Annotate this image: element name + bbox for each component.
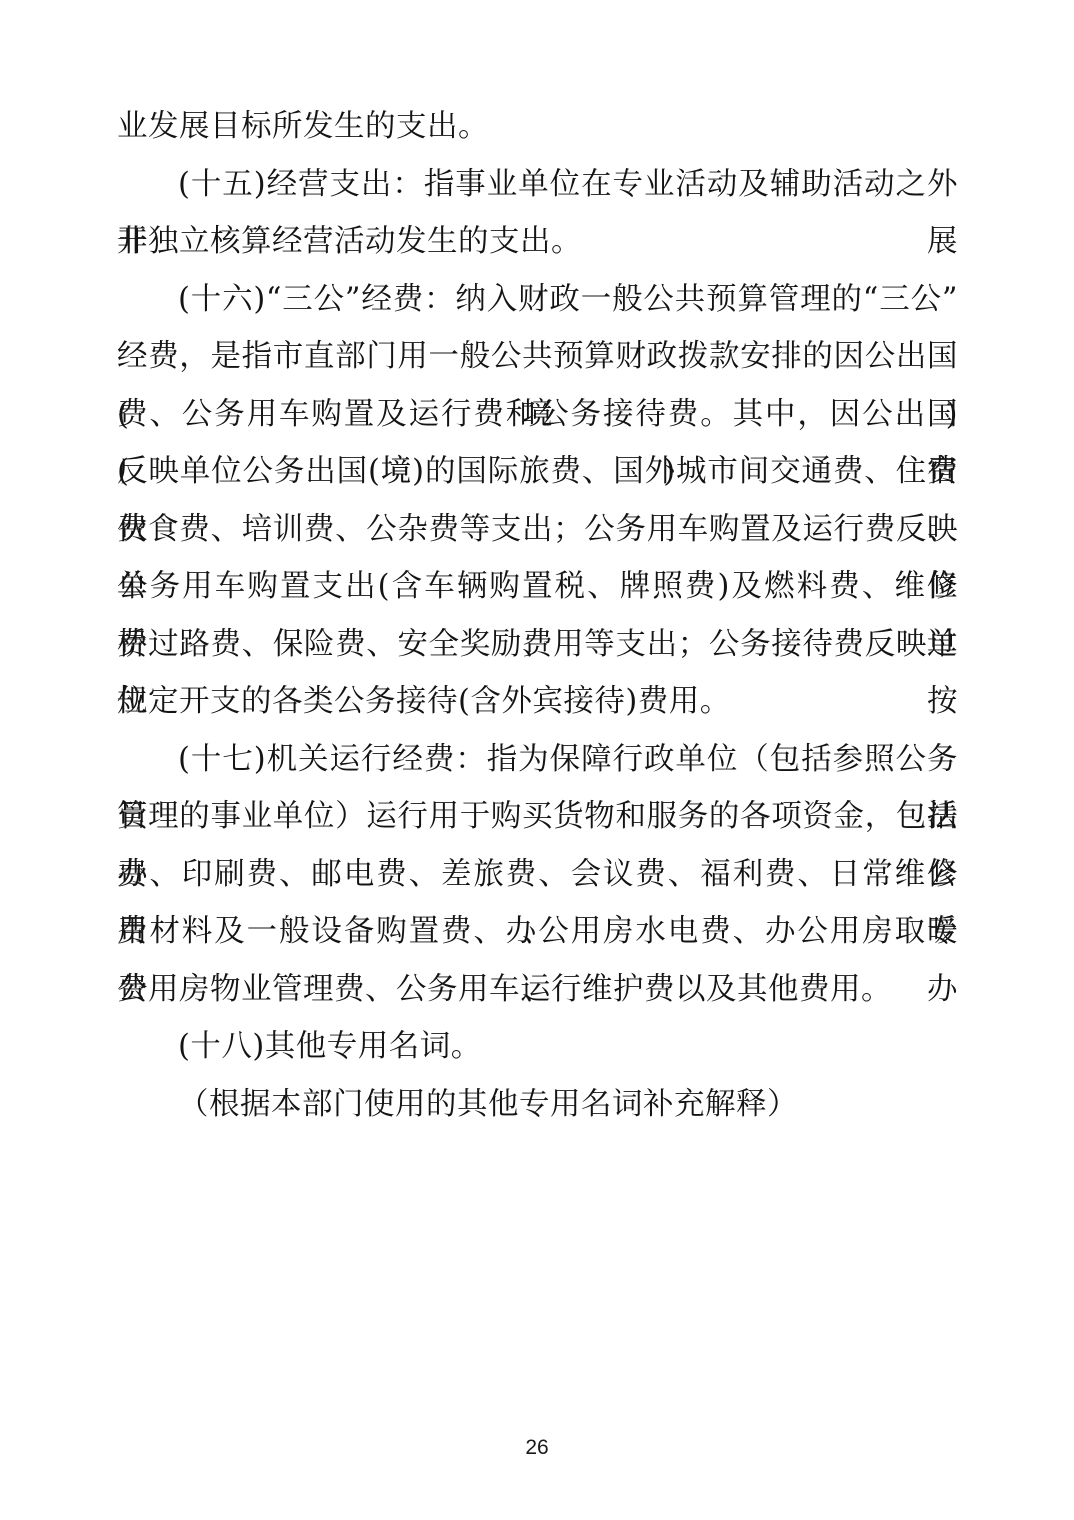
text-line: 管理的事业单位）运行用于购买货物和服务的各项资金，包括办公 (117, 788, 958, 846)
text-line: (十五)经营支出：指事业单位在专业活动及辅助活动之外开展 (117, 156, 958, 214)
text-line: 业发展目标所发生的支出。 (117, 98, 958, 156)
text-line: 费、公务用车购置及运行费和公务接待费。其中，因公出国(境)费 (117, 386, 958, 444)
text-line: 伙食费、培训费、公杂费等支出；公务用车购置及运行费反映单位 (117, 501, 958, 559)
text-line: (十六)“三公”经费：纳入财政一般公共预算管理的“三公” (117, 271, 958, 329)
text-line: 经费，是指市直部门用一般公共预算财政拨款安排的因公出国(境) (117, 328, 958, 386)
page-number: 26 (0, 1436, 1074, 1460)
text-line: 用材料及一般设备购置费、办公用房水电费、办公用房取暖费、办 (117, 903, 958, 961)
text-line: (十八)其他专用名词。 (117, 1018, 958, 1076)
text-line: （根据本部门使用的其他专用名词补充解释） (117, 1076, 958, 1134)
document-page: 业发展目标所发生的支出。 (十五)经营支出：指事业单位在专业活动及辅助活动之外开… (0, 0, 1074, 1520)
text-line: 公务用车购置支出(含车辆购置税、牌照费)及燃料费、维修费、过 (117, 558, 958, 616)
text-line: (十七)机关运行经费：指为保障行政单位（包括参照公务员法 (117, 731, 958, 789)
document-body: 业发展目标所发生的支出。 (十五)经营支出：指事业单位在专业活动及辅助活动之外开… (117, 98, 958, 1133)
text-line: 桥过路费、保险费、安全奖励费用等支出；公务接待费反映单位按 (117, 616, 958, 674)
text-line: 反映单位公务出国(境)的国际旅费、国外城市间交通费、住宿费、 (117, 443, 958, 501)
text-line: 费、印刷费、邮电费、差旅费、会议费、福利费、日常维修费、专 (117, 846, 958, 904)
text-line: 公用房物业管理费、公务用车运行维护费以及其他费用。 (117, 961, 958, 1019)
